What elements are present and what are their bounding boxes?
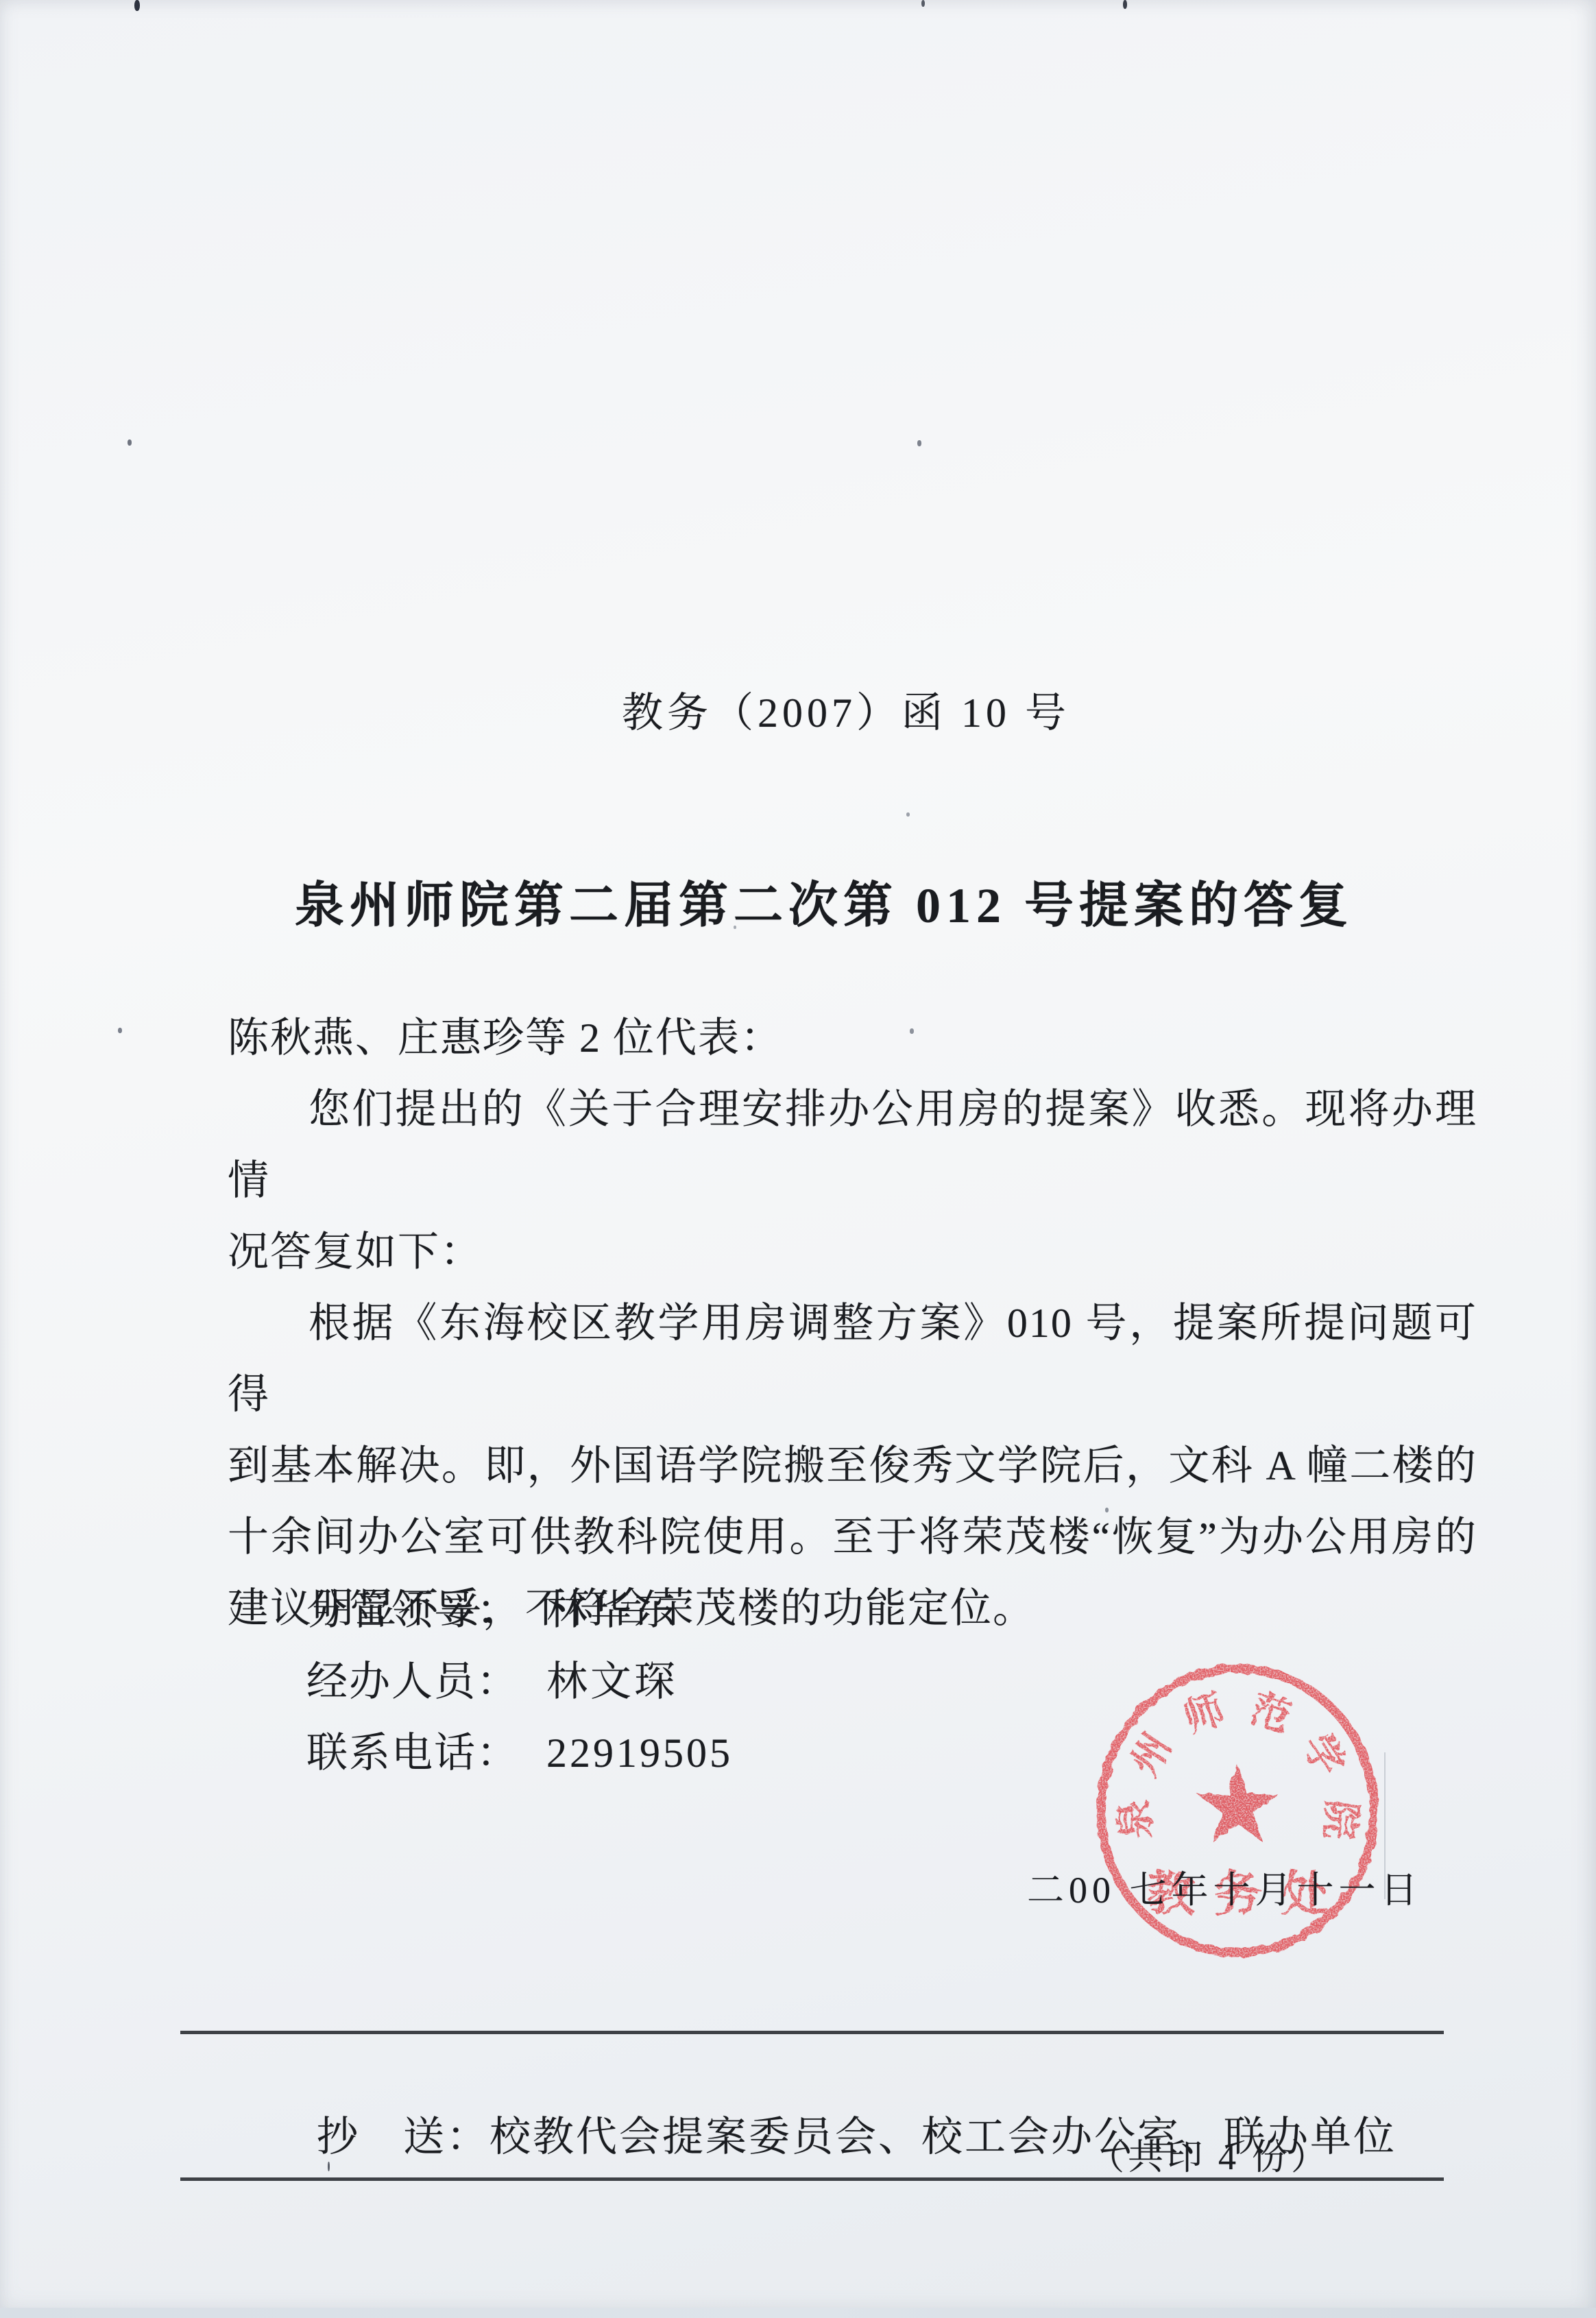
scan-speck: [128, 439, 132, 446]
document-title: 泉州师院第二届第二次第 012 号提案的答复: [26, 865, 1596, 937]
star-icon: [1197, 1765, 1278, 1842]
leader-name: 林华东: [546, 1588, 678, 1633]
phone-number: 22919505: [546, 1730, 733, 1776]
scan-speck: [921, 0, 925, 7]
body-line: 到基本解决。即，外国语学院搬至俊秀文学院后，文科 A 幢二楼的: [228, 1430, 1477, 1501]
seal-arc-char: 师: [1178, 1686, 1230, 1741]
scanned-letter-page: 教务（2007）函 10 号 泉州师院第二届第二次第 012 号提案的答复 陈秋…: [0, 0, 1596, 2318]
scan-speck: [1123, 0, 1127, 9]
footer-divider-bottom: [180, 2177, 1444, 2181]
official-seal-stamp-icon: 泉 州 师 范 学 院 教务处: [1089, 1662, 1386, 1959]
document-number: 教务（2007）函 10 号: [48, 680, 1596, 739]
phone-label: 联系电话：: [306, 1730, 519, 1776]
leader-label: 分管领导：: [306, 1588, 519, 1633]
cc-label: 抄 送：: [317, 2114, 489, 2160]
handler-name: 林文琛: [546, 1659, 678, 1704]
body-line: 根据《东海校区教学用房调整方案》010 号，提案所提问题可得: [228, 1288, 1477, 1430]
body-line: 十余间办公室可供教科院使用。至于将荣茂楼“恢复”为办公用房的: [228, 1501, 1477, 1573]
scan-speck: [118, 1028, 122, 1033]
contact-row-phone: 联系电话：22919505: [306, 1718, 733, 1789]
contact-row-leader: 分管领导：林华东: [306, 1575, 733, 1647]
letter-body: 陈秋燕、庄惠珍等 2 位代表： 您们提出的《关于合理安排办公用房的提案》收悉。现…: [228, 1002, 1477, 1644]
seal-arc-char: 泉: [1111, 1798, 1159, 1841]
contact-row-handler: 经办人员：林文琛: [306, 1647, 733, 1718]
seal-arc-char: 州: [1122, 1726, 1181, 1783]
scanner-edge-band: [0, 2308, 1596, 2318]
contact-block: 分管领导：林华东 经办人员：林文琛 联系电话：22919505: [306, 1575, 733, 1789]
copies-note: （共印 4 份）: [1089, 2128, 1330, 2180]
footer-divider-top: [180, 2031, 1444, 2034]
salutation: 陈秋燕、庄惠珍等 2 位代表：: [228, 1002, 1477, 1074]
scan-speck: [906, 812, 910, 817]
seal-arc-char: 学: [1294, 1726, 1353, 1783]
document-date: 二00 七年十月十一日: [1027, 1861, 1423, 1913]
seal-arc-char: 院: [1316, 1798, 1364, 1841]
seal-arc-char: 范: [1245, 1686, 1297, 1741]
body-line: 况答复如下：: [228, 1216, 1477, 1288]
handler-label: 经办人员：: [306, 1659, 519, 1704]
scan-speck: [917, 440, 921, 446]
scan-speck: [134, 0, 140, 11]
body-line: 您们提出的《关于合理安排办公用房的提案》收悉。现将办理情: [228, 1074, 1477, 1216]
